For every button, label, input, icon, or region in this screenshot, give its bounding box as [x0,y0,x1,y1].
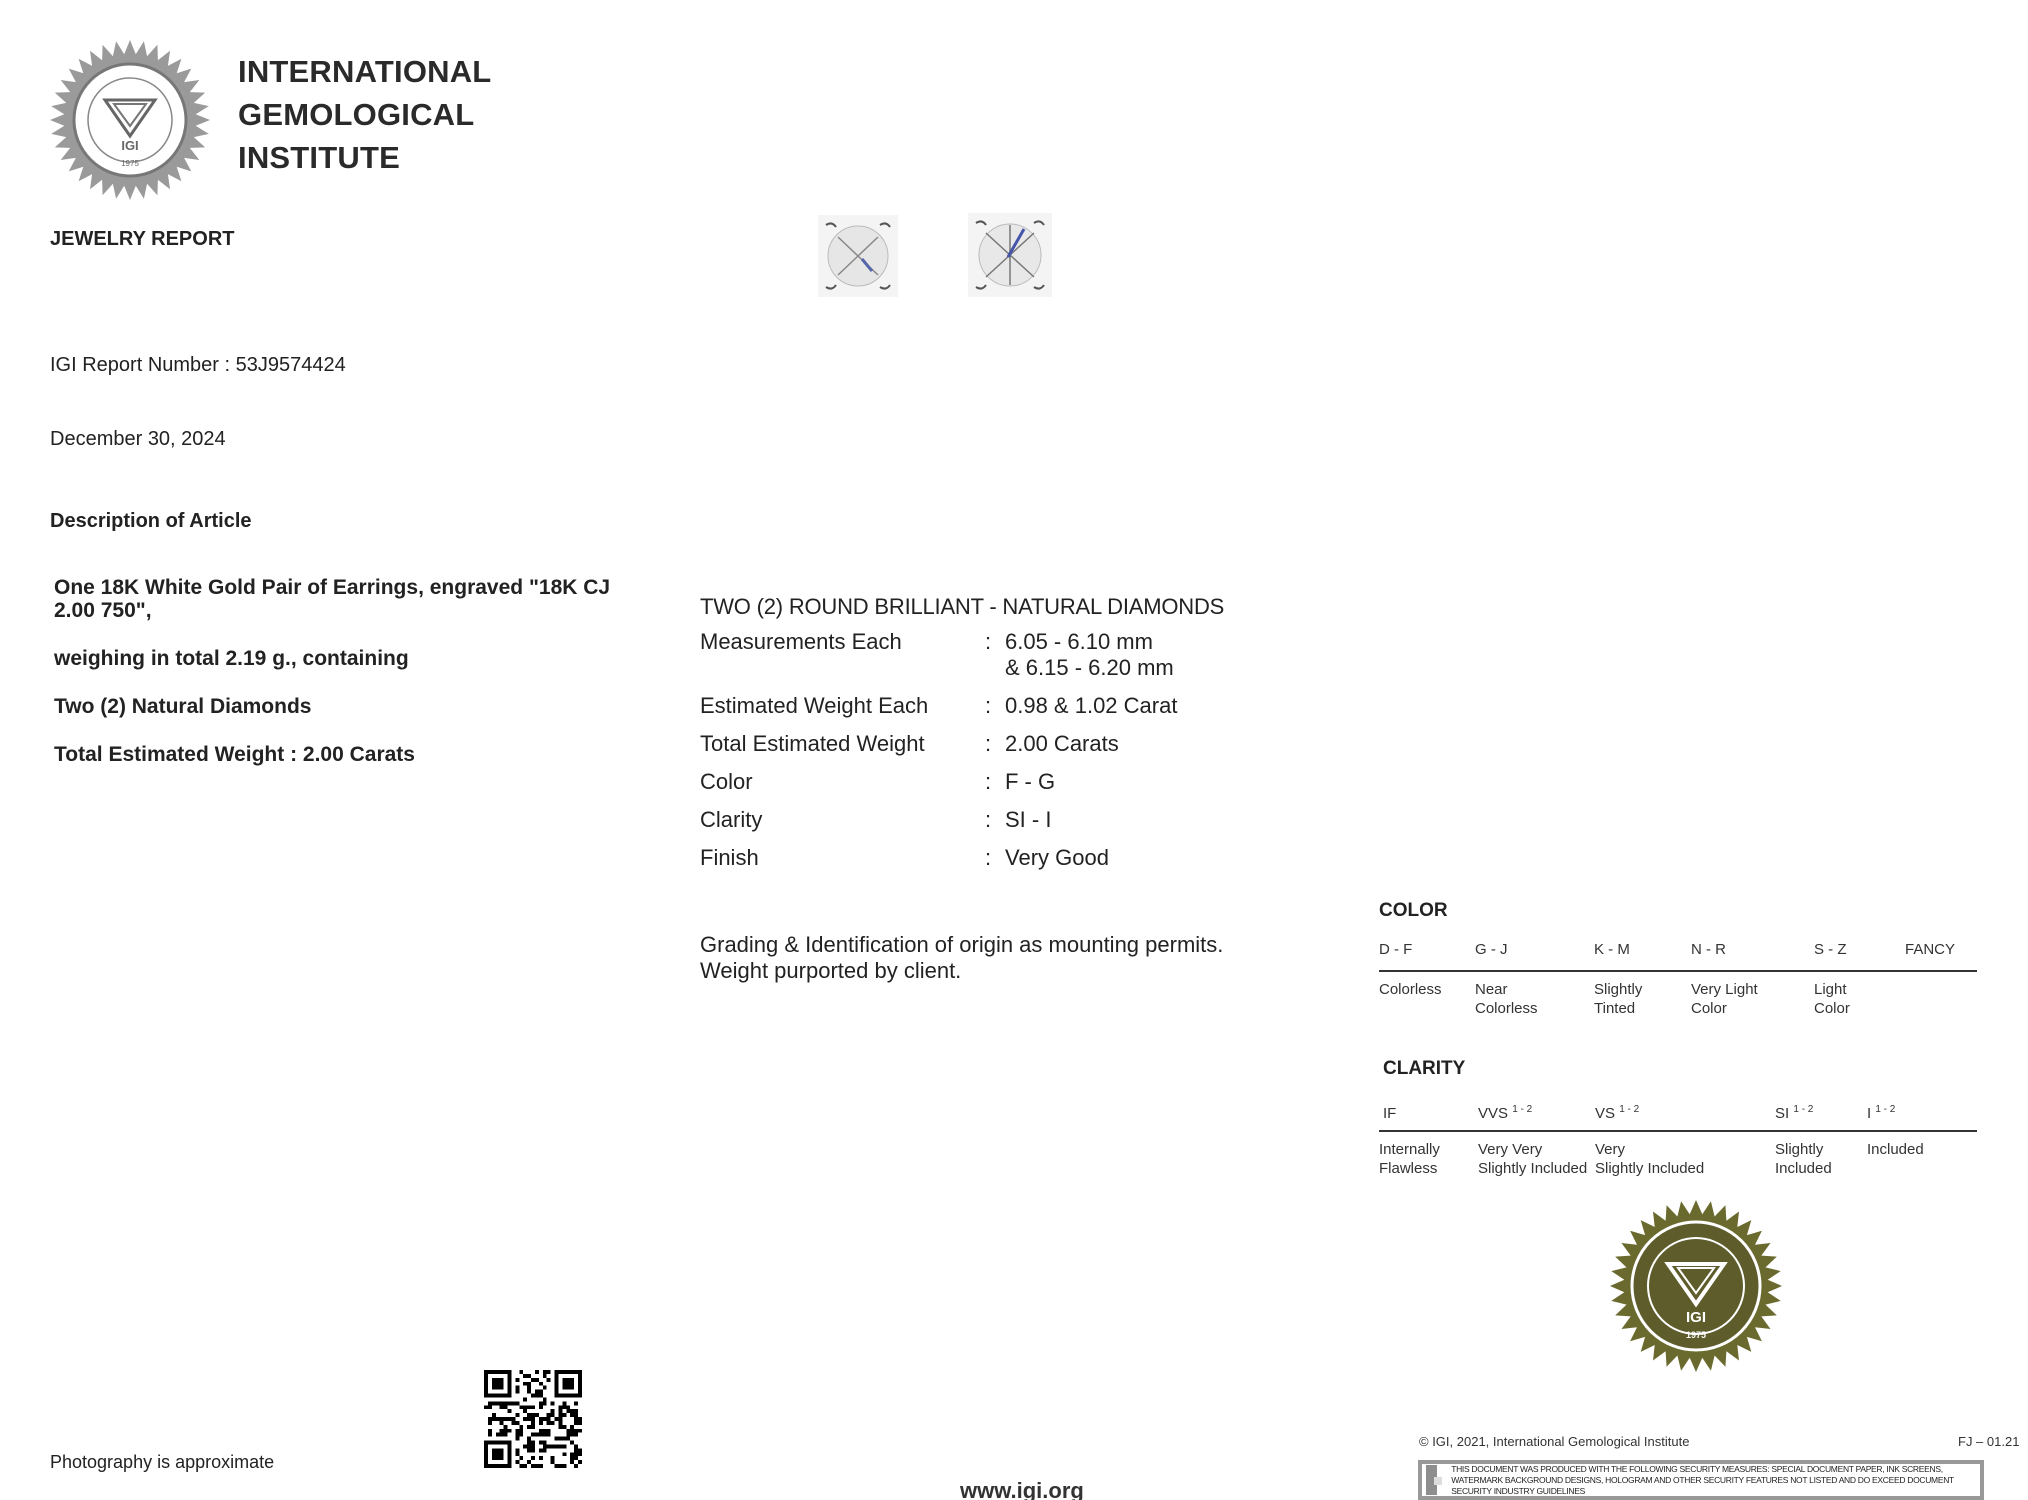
divider [1379,1130,1977,1132]
spec-label: Finish [700,845,985,871]
photography-note: Photography is approximate [50,1452,274,1473]
qr-code-icon[interactable] [484,1370,582,1468]
clarity-grade-desc: Slightly Included [1775,1140,1832,1178]
earring-left-image [818,215,898,297]
color-grade: FANCY [1905,940,1955,959]
color-grade: S - Z [1814,940,1847,959]
spec-row: Estimated Weight Each:0.98 & 1.02 Carat [700,693,1320,719]
article-line: Total Estimated Weight : 2.00 Carats [54,743,654,766]
color-grade-desc: Very Light Color [1691,980,1758,1018]
security-lock-icon [1426,1465,1437,1495]
form-code: FJ – 01.21 [1958,1434,2019,1449]
spec-row: Clarity:SI - I [700,807,1320,833]
copyright: © IGI, 2021, International Gemological I… [1419,1434,1689,1449]
spec-separator: : [985,693,1005,719]
spec-separator: : [985,629,1005,681]
divider [1379,970,1977,972]
description-heading: Description of Article [50,510,252,533]
clarity-grade: IF [1383,1100,1396,1123]
spec-value: SI - I [1005,807,1051,833]
spec-value: 0.98 & 1.02 Carat [1005,693,1177,719]
spec-value: Very Good [1005,845,1109,871]
brand-line: INSTITUTE [238,136,491,179]
svg-text:1975: 1975 [121,159,139,168]
color-grade: K - M [1594,940,1630,959]
clarity-grade: I 1 - 2 [1867,1100,1895,1123]
clarity-grade: VS 1 - 2 [1595,1100,1639,1123]
spec-separator: : [985,807,1005,833]
spec-separator: : [985,845,1005,871]
spec-separator: : [985,731,1005,757]
spec-row: Measurements Each:6.05 - 6.10 mm & 6.15 … [700,629,1320,681]
security-notice: THIS DOCUMENT WAS PRODUCED WITH THE FOLL… [1418,1460,1984,1500]
report-date: December 30, 2024 [50,428,226,451]
spec-value: F - G [1005,769,1055,795]
spec-separator: : [985,769,1005,795]
svg-text:IGI: IGI [1686,1309,1706,1326]
color-grade: D - F [1379,940,1412,959]
clarity-grade-desc: Internally Flawless [1379,1140,1440,1178]
clarity-scale: IF VVS 1 - 2VS 1 - 2SI 1 - 2I 1 - 2 Inte… [1379,1100,1977,1162]
color-grade-desc: Light Color [1814,980,1850,1018]
article-line: One 18K White Gold Pair of Earrings, eng… [54,576,654,622]
clarity-grade-desc: Very Very Slightly Included [1478,1140,1587,1178]
clarity-grade-desc: Very Slightly Included [1595,1140,1704,1178]
spec-row: Total Estimated Weight:2.00 Carats [700,731,1320,757]
spec-label: Total Estimated Weight [700,731,985,757]
note-line: Grading & Identification of origin as mo… [700,932,1223,958]
color-grade-desc: Slightly Tinted [1594,980,1642,1018]
color-grade-desc: Colorless [1379,980,1442,999]
note-line: Weight purported by client. [700,958,1223,984]
spec-label: Measurements Each [700,629,985,681]
color-grade: N - R [1691,940,1726,959]
website-link[interactable]: www.igi.org [960,1478,1084,1500]
brand-line: GEMOLOGICAL [238,93,491,136]
brand-line: INTERNATIONAL [238,50,491,93]
security-text: THIS DOCUMENT WAS PRODUCED WITH THE FOLL… [1451,1464,1980,1497]
spec-value: 6.05 - 6.10 mm & 6.15 - 6.20 mm [1005,629,1174,681]
clarity-grade: VVS 1 - 2 [1478,1100,1532,1123]
spec-row: Finish:Very Good [700,845,1320,871]
spec-value: 2.00 Carats [1005,731,1119,757]
article-line: weighing in total 2.19 g., containing [54,647,654,670]
color-scale-heading: COLOR [1379,900,1448,922]
svg-text:IGI: IGI [121,138,138,153]
institute-name: INTERNATIONAL GEMOLOGICAL INSTITUTE [238,50,491,179]
color-grade: G - J [1475,940,1508,959]
color-scale: D - FG - JK - MN - RS - ZFANCY Colorless… [1379,940,1977,1002]
grading-note: Grading & Identification of origin as mo… [700,932,1223,984]
igi-logo-icon: IGI 1975 [48,38,212,202]
specs-title: TWO (2) ROUND BRILLIANT - NATURAL DIAMON… [700,594,1320,620]
article-line: Two (2) Natural Diamonds [54,695,654,718]
svg-text:1975: 1975 [1686,1330,1706,1340]
earring-right-image [968,213,1052,297]
clarity-scale-heading: CLARITY [1383,1058,1465,1080]
spec-label: Clarity [700,807,985,833]
article-description: One 18K White Gold Pair of Earrings, eng… [54,576,654,791]
color-grade-desc: Near Colorless [1475,980,1538,1018]
report-type-title: JEWELRY REPORT [50,228,234,251]
diamond-specs: TWO (2) ROUND BRILLIANT - NATURAL DIAMON… [700,594,1320,883]
spec-row: Color:F - G [700,769,1320,795]
clarity-grade-desc: Included [1867,1140,1924,1159]
report-number: IGI Report Number : 53J9574424 [50,354,346,377]
spec-label: Estimated Weight Each [700,693,985,719]
spec-label: Color [700,769,985,795]
clarity-grade: SI 1 - 2 [1775,1100,1813,1123]
igi-seal-icon: IGI 1975 [1608,1198,1784,1374]
